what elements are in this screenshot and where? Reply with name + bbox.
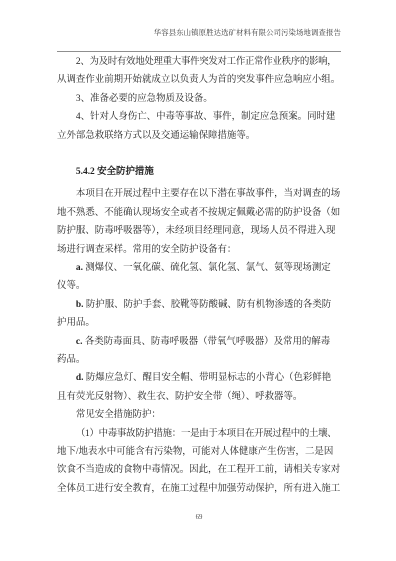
paragraph: 常见安全措施防护： xyxy=(57,406,341,424)
paragraph: b. 防护服、防护手套、胶靴等防酸碱、防有机物渗透的各类防护用品。 xyxy=(57,296,341,333)
paragraph: 3、准备必要的应急物质及设备。 xyxy=(57,90,341,108)
text-line: 地下/地表水中可能含有污染物，可能对人体健康产生伤害，二是因 xyxy=(57,443,341,461)
paragraph: c. 各类防毒面具、防毒呼吸器（带氧气呼吸器）及常用的解毒药品。 xyxy=(57,333,341,370)
line-text: 防爆应急灯、醒目安全帽、带明显标志的小背心（色彩鲜艳 xyxy=(84,373,332,383)
document-page: 华容县东山镇原胜达选矿材料有限公司污染场地调查报告 2、为及时有效地处理重大事件… xyxy=(0,0,396,561)
paragraph: 本项目在开展过程中主要存在以下潜在事故事件，当对调查的场地不熟悉、不能确认现场安… xyxy=(57,185,341,259)
text-line: 常见安全措施防护： xyxy=(57,406,341,424)
text-line: b. 防护服、防护手套、胶靴等防酸碱、防有机物渗透的各类防 xyxy=(57,296,341,314)
text-line: （1）中毒事故防护措施：一是由于本项目在开展过程中的土壤、 xyxy=(57,425,341,443)
document-body: 2、为及时有效地处理重大事件突发对工作正常作业秩序的影响，从调查作业前期开始就成… xyxy=(57,53,341,498)
text-line: 2、为及时有效地处理重大事件突发对工作正常作业秩序的影响， xyxy=(57,53,341,71)
line-text: 防护服、防护手套、胶靴等防酸碱、防有机物渗透的各类防 xyxy=(84,300,332,310)
text-line: d. 防爆应急灯、醒目安全帽、带明显标志的小背心（色彩鲜艳 xyxy=(57,369,341,387)
paragraph: d. 防爆应急灯、醒目安全帽、带明显标志的小背心（色彩鲜艳且有荧光反射物）、救生… xyxy=(57,369,341,406)
list-item-label: b. xyxy=(76,300,84,310)
text-line: c. 各类防毒面具、防毒呼吸器（带氧气呼吸器）及常用的解毒 xyxy=(57,333,341,351)
paragraph: a. 测爆仪、一氧化碳、硫化氢、氯化氢、氯气、氨等现场测定仪等。 xyxy=(57,259,341,296)
text-line: a. 测爆仪、一氧化碳、硫化氢、氯化氢、氯气、氨等现场测定 xyxy=(57,259,341,277)
line-text: 各类防毒面具、防毒呼吸器（带氧气呼吸器）及常用的解毒 xyxy=(82,337,330,347)
header-rule xyxy=(57,51,341,52)
paragraph: 2、为及时有效地处理重大事件突发对工作正常作业秩序的影响，从调查作业前期开始就成… xyxy=(57,53,341,90)
text-line: 4、针对人身伤亡、中毒等事故、事件，制定应急预案。同时建 xyxy=(57,108,341,126)
list-item-label: a. xyxy=(76,263,83,273)
text-line: 护用品。 xyxy=(57,314,341,332)
text-line: 地不熟悉、不能确认现场安全或者不按规定佩戴必需的防护设备（如 xyxy=(57,204,341,222)
text-line: 饮食不当造成的食物中毒情况。因此，在工程开工前，请相关专家对 xyxy=(57,461,341,479)
paragraph: （1）中毒事故防护措施：一是由于本项目在开展过程中的土壤、地下/地表水中可能含有… xyxy=(57,425,341,499)
text-line: 从调查作业前期开始就成立以负责人为首的突发事件应急响应小组。 xyxy=(57,71,341,89)
text-line: 且有荧光反射物）、救生衣、防护安全带（绳）、呼救器等。 xyxy=(57,388,341,406)
page-header-title: 华容县东山镇原胜达选矿材料有限公司污染场地调查报告 xyxy=(57,27,341,38)
line-text: 测爆仪、一氧化碳、硫化氢、氯化氢、氯气、氨等现场测定 xyxy=(83,263,331,273)
paragraph: 4、针对人身伤亡、中毒等事故、事件，制定应急预案。同时建立外部急救联络方式以及交… xyxy=(57,108,341,145)
text-line: 3、准备必要的应急物质及设备。 xyxy=(57,90,341,108)
section-heading: 5.4.2 安全防护措施 xyxy=(57,163,341,181)
list-item-label: d. xyxy=(76,373,84,383)
text-line: 防护服、防毒呼吸器等），未经项目经理同意，现场人员不得进入现 xyxy=(57,222,341,240)
text-line: 场进行调查采样。常用的安全防护设备有： xyxy=(57,241,341,259)
text-line: 全体员工进行安全教育，在施工过程中加强劳动保护，所有进入施工 xyxy=(57,480,341,498)
text-line: 仪等。 xyxy=(57,277,341,295)
text-line: 本项目在开展过程中主要存在以下潜在事故事件，当对调查的场 xyxy=(57,185,341,203)
page-number: 69 xyxy=(57,514,341,521)
text-line: 立外部急救联络方式以及交通运输保障措施等。 xyxy=(57,127,341,145)
text-line: 药品。 xyxy=(57,351,341,369)
